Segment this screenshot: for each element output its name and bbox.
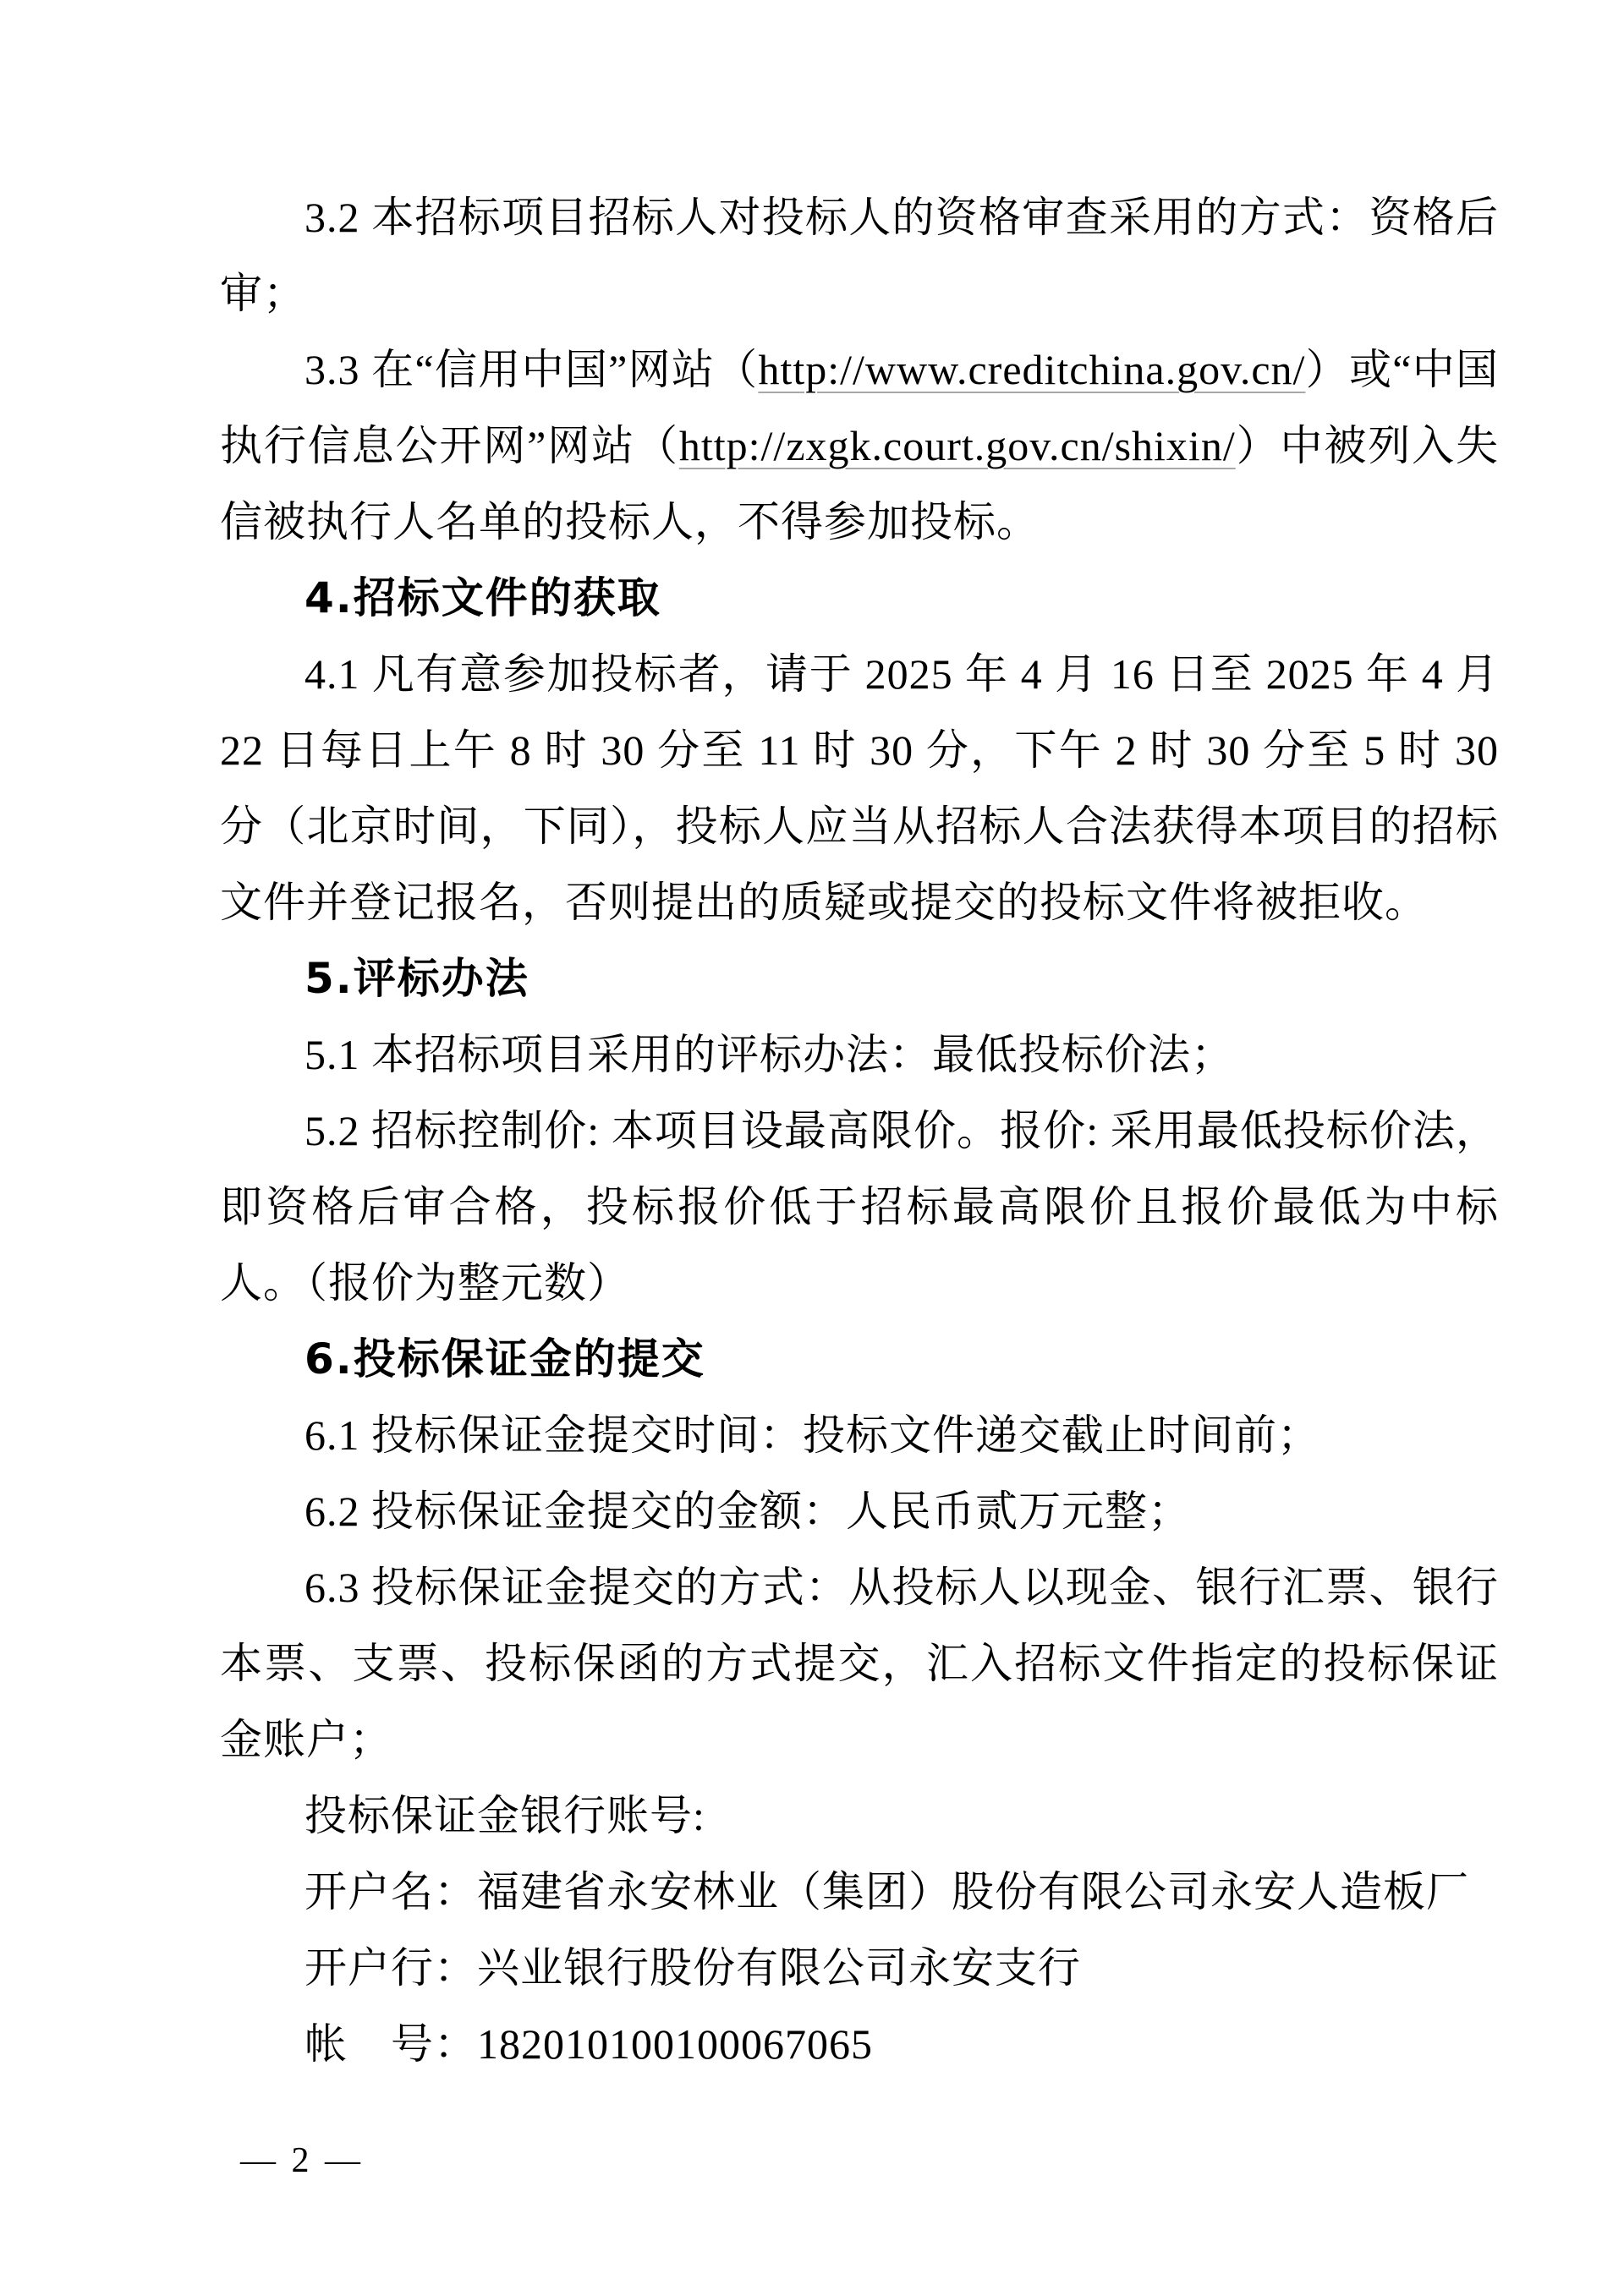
section-4-heading: 4.招标文件的获取	[220, 560, 1499, 636]
paragraph-3-2: 3.2 本招标项目招标人对投标人的资格审查采用的方式：资格后审；	[220, 179, 1499, 332]
document-page: 3.2 本招标项目招标人对投标人的资格审查采用的方式：资格后审； 3.3 在“信…	[0, 0, 1624, 2296]
paragraph-5-1: 5.1 本招标项目采用的评标办法：最低投标价法；	[220, 1016, 1499, 1093]
paragraph-3-3: 3.3 在“信用中国”网站（http://www.creditchina.gov…	[220, 332, 1499, 560]
bank-account-number: 帐 号：182010100100067065	[220, 2006, 1499, 2082]
bank-account-name: 开户名：福建省永安林业（集团）股份有限公司永安人造板厂	[220, 1854, 1499, 1930]
paragraph-5-2: 5.2 招标控制价: 本项目设最高限价。报价: 采用最低投标价法，即资格后审合格…	[220, 1093, 1499, 1321]
creditchina-link[interactable]: http://www.creditchina.gov.cn/	[758, 346, 1305, 393]
bank-account-title: 投标保证金银行账号:	[220, 1778, 1499, 1854]
zxgk-court-link[interactable]: http://zxgk.court.gov.cn/shixin/	[679, 422, 1236, 469]
paragraph-3-3-text-pre: 3.3 在“信用中国”网站（	[304, 346, 758, 393]
paragraph-4-1: 4.1 凡有意参加投标者，请于 2025 年 4 月 16 日至 2025 年 …	[220, 636, 1499, 940]
bank-branch: 开户行：兴业银行股份有限公司永安支行	[220, 1930, 1499, 2006]
document-body: 3.2 本招标项目招标人对投标人的资格审查采用的方式：资格后审； 3.3 在“信…	[220, 179, 1499, 2082]
paragraph-6-1: 6.1 投标保证金提交时间：投标文件递交截止时间前；	[220, 1397, 1499, 1473]
paragraph-6-3: 6.3 投标保证金提交的方式：从投标人以现金、银行汇票、银行本票、支票、投标保函…	[220, 1549, 1499, 1778]
section-6-heading: 6.投标保证金的提交	[220, 1321, 1499, 1397]
section-5-heading: 5.评标办法	[220, 940, 1499, 1016]
paragraph-6-2: 6.2 投标保证金提交的金额：人民币贰万元整；	[220, 1473, 1499, 1549]
page-number: — 2 —	[240, 2141, 364, 2180]
